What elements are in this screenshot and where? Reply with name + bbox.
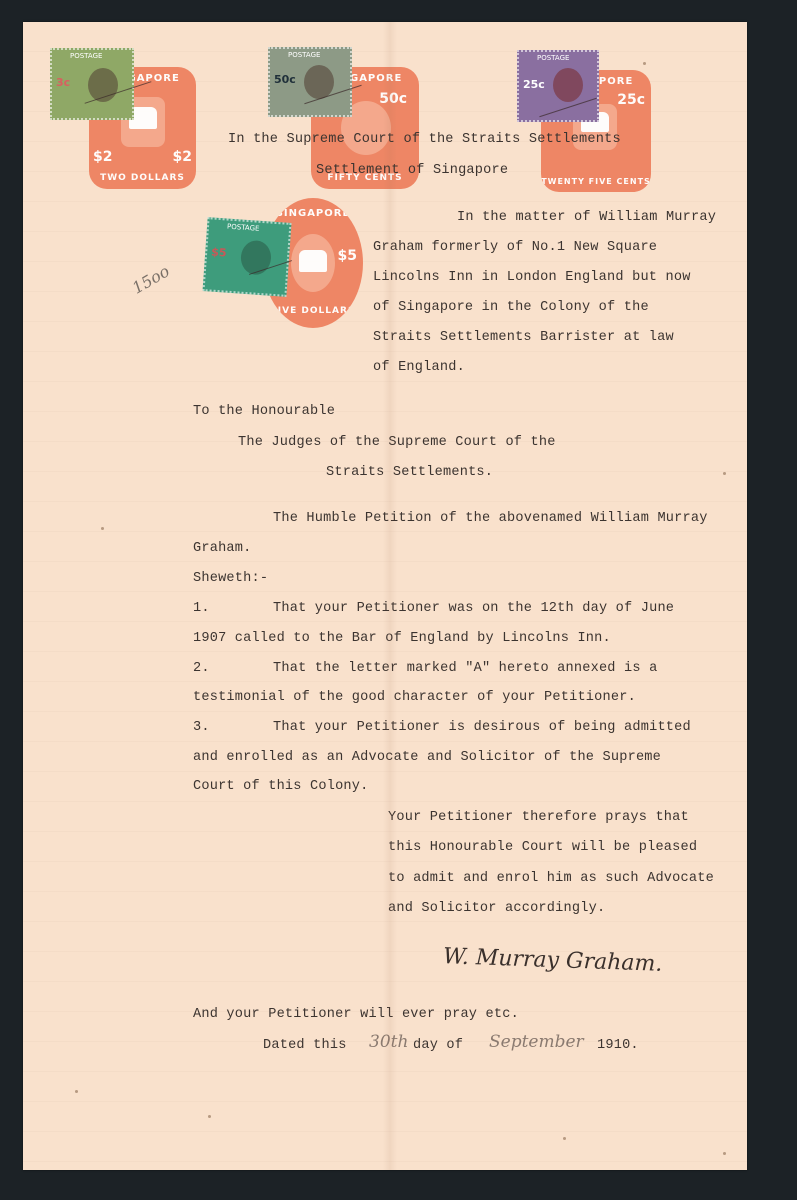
closing-line: And your Petitioner will ever pray etc. (193, 1007, 519, 1022)
addressee-line: The Judges of the Supreme Court of the (238, 435, 556, 450)
stamp-value: 50c (274, 73, 296, 86)
settlement-heading: Settlement of Singapore (316, 163, 508, 178)
stamp-top-text: SINGAPORE (263, 208, 363, 219)
stamp-value: 25c (617, 92, 645, 108)
stamp-value: $5 (338, 248, 357, 264)
stamp-label: POSTAGE (227, 223, 260, 233)
matter-line: of Singapore in the Colony of the (373, 300, 649, 315)
item-number: 1. (193, 601, 210, 616)
stamp-value: 3c (56, 76, 70, 89)
court-heading: In the Supreme Court of the Straits Sett… (228, 132, 621, 147)
signature: W. Murray Graham. (443, 944, 663, 977)
item-text: 1907 called to the Bar of England by Lin… (193, 631, 611, 646)
dated-prefix: Dated this (263, 1038, 347, 1053)
adhesive-stamp-grey: POSTAGE 50c (268, 47, 352, 117)
prayer-line: Your Petitioner therefore prays that (388, 810, 689, 825)
year-text: 1910. (597, 1038, 639, 1053)
stamp-value: 50c (379, 91, 407, 107)
matter-line: In the matter of William Murray (457, 210, 716, 225)
stamp-bottom-text: TWENTY FIVE CENTS (541, 177, 651, 186)
item-number: 3. (193, 720, 210, 735)
addressee-line: Straits Settlements. (326, 465, 493, 480)
matter-line: Graham formerly of No.1 New Square (373, 240, 657, 255)
item-text: testimonial of the good character of you… (193, 690, 636, 705)
petition-intro: The Humble Petition of the abovenamed Wi… (273, 511, 708, 526)
prayer-line: this Honourable Court will be pleased (388, 840, 697, 855)
handwritten-month: September (489, 1032, 584, 1052)
stamp-label: POSTAGE (288, 51, 320, 59)
matter-line: of England. (373, 360, 465, 375)
prayer-line: to admit and enrol him as such Advocate (388, 871, 714, 886)
crown-icon (299, 250, 327, 272)
pencil-note: 15oo (129, 261, 173, 297)
sheweth-label: Sheweth:- (193, 571, 268, 586)
stamp-value: $2 (93, 149, 112, 165)
item-text: That your Petitioner is desirous of bein… (273, 720, 691, 735)
stamp-value: $2 (173, 149, 192, 165)
stamp-value: $5 (211, 246, 227, 260)
stamp-value: 25c (523, 78, 545, 91)
stamp-bottom-text: FIVE DOLLARS (263, 306, 363, 316)
adhesive-stamp-green: POSTAGE 3c (50, 48, 134, 120)
item-text: and enrolled as an Advocate and Solicito… (193, 750, 661, 765)
petition-intro: Graham. (193, 541, 252, 556)
matter-line: Lincolns Inn in London England but now (373, 270, 691, 285)
item-text: That your Petitioner was on the 12th day… (273, 601, 674, 616)
prayer-line: and Solicitor accordingly. (388, 901, 605, 916)
matter-line: Straits Settlements Barrister at law (373, 330, 674, 345)
handwritten-day: 30th (369, 1032, 408, 1052)
document-page: SINGAPORE $2 $2 TWO DOLLARS POSTAGE 3c S… (23, 22, 747, 1170)
item-text: Court of this Colony. (193, 779, 369, 794)
stamp-bottom-text: TWO DOLLARS (89, 173, 196, 183)
item-number: 2. (193, 661, 210, 676)
item-text: That the letter marked "A" hereto annexe… (273, 661, 657, 676)
stamp-label: POSTAGE (537, 54, 569, 62)
adhesive-stamp-teal: POSTAGE $5 (203, 217, 292, 297)
addressee-line: To the Honourable (193, 404, 335, 419)
day-of-text: day of (413, 1038, 463, 1053)
stamp-label: POSTAGE (70, 52, 102, 60)
